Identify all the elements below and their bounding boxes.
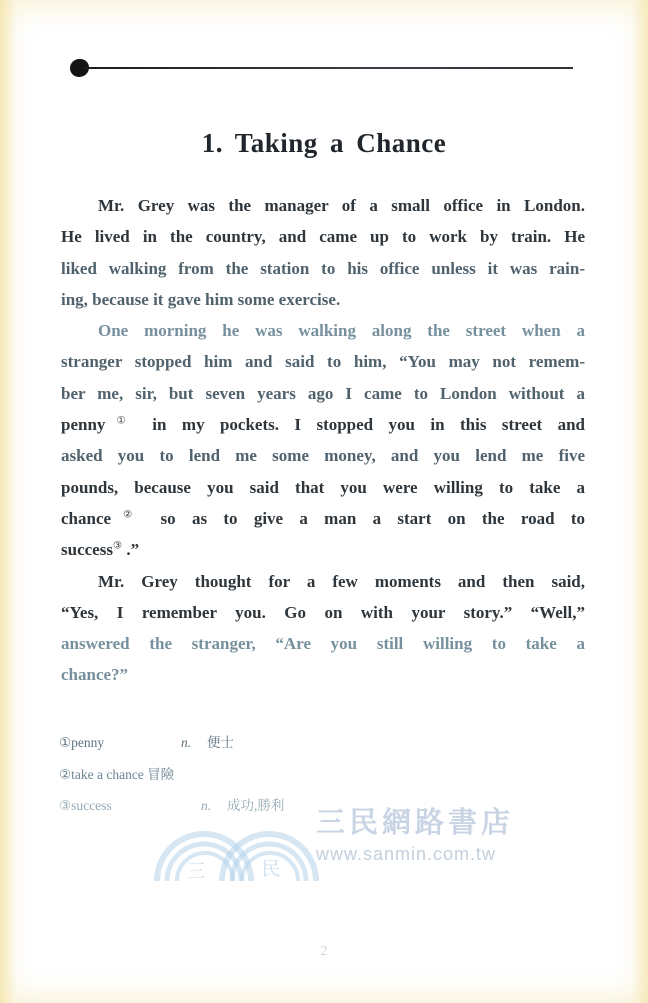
story-line: stranger stopped him and said to him, “Y…: [61, 346, 585, 377]
footnote-item: ①penny n.便士: [59, 731, 479, 751]
story-line: success③ .”: [61, 534, 585, 565]
story-line: He lived in the country, and came up to …: [61, 221, 585, 252]
watermark-site-url: www.sanmin.com.tw: [316, 844, 514, 865]
header-rule: [70, 58, 575, 78]
story-paragraph: Mr. Grey was the manager of a small offi…: [61, 190, 585, 315]
footnote-pos: n.: [201, 798, 227, 814]
page-number: 2: [306, 944, 342, 960]
footnote-term: success: [71, 798, 112, 813]
story-line: liked walking from the station to his of…: [61, 253, 585, 284]
footnote-item: ②take a chance 冒險: [59, 763, 479, 783]
footnote-meaning: 成功,勝利: [227, 798, 284, 813]
story-line: One morning he was walking along the str…: [61, 315, 585, 346]
story-line: ing, because it gave him some exercise.: [61, 284, 585, 315]
story-line: ber me, sir, but seven years ago I came …: [61, 378, 585, 409]
story-line: Mr. Grey thought for a few moments and t…: [61, 566, 585, 597]
footnote-item: ③success n.成功,勝利: [59, 794, 479, 814]
scanned-book-page: 三 民 三民網路書店 www.sanmin.com.tw 1. Taking a…: [0, 0, 648, 1003]
footnote-meaning: 冒險: [147, 767, 174, 782]
story-line: penny① in my pockets. I stopped you in t…: [61, 409, 585, 440]
footnote-meaning: 便士: [207, 735, 234, 750]
footnotes-section: ①penny n.便士 ②take a chance 冒險 ③success n…: [59, 731, 479, 826]
footnote-marker: ①: [59, 735, 71, 751]
story-line: answered the stranger, “Are you still wi…: [61, 628, 585, 659]
story-line: chance?”: [61, 659, 585, 690]
footnote-term: take a chance: [71, 767, 144, 782]
footnote-pos: n.: [181, 735, 207, 751]
story-paragraph: One morning he was walking along the str…: [61, 315, 585, 565]
header-rule-line: [84, 67, 573, 69]
footnote-marker: ②: [59, 767, 71, 783]
logo-char-min: 民: [261, 858, 280, 880]
story-paragraph: Mr. Grey thought for a few moments and t…: [61, 566, 585, 691]
page-title: 1. Taking a Chance: [0, 128, 648, 159]
logo-char-san: 三: [186, 861, 205, 882]
story-line: asked you to lend me some money, and you…: [61, 440, 585, 471]
story-line: “Yes, I remember you. Go on with your st…: [61, 597, 585, 628]
story-line: pounds, because you said that you were w…: [61, 472, 585, 503]
story-line: Mr. Grey was the manager of a small offi…: [61, 190, 585, 221]
footnote-term: penny: [71, 735, 104, 750]
footnote-marker: ③: [59, 798, 71, 814]
story-text: Mr. Grey was the manager of a small offi…: [61, 190, 585, 691]
story-line: chance② so as to give a man a start on t…: [61, 503, 585, 534]
